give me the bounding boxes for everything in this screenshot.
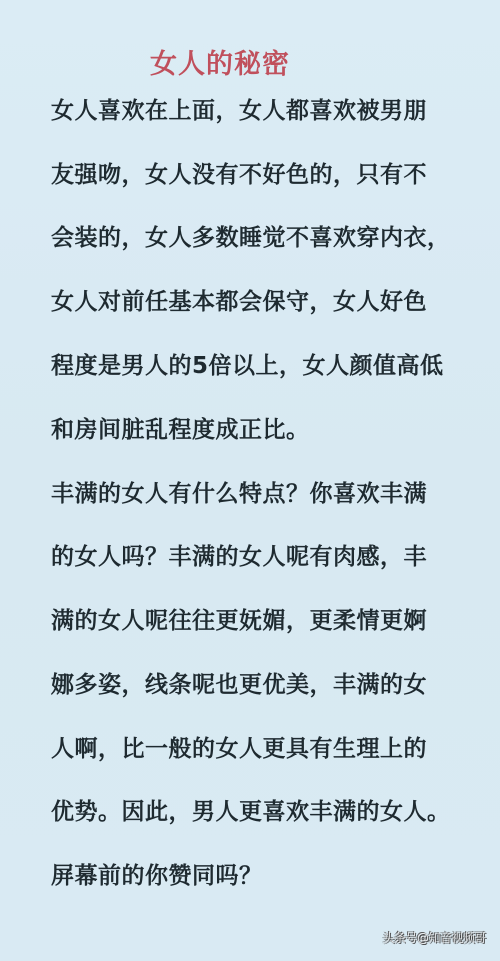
article-line: 满的女人呢往往更妩媚，更柔情更婀 — [51, 606, 427, 636]
article-line: 屏幕前的你赞同吗？ — [51, 861, 263, 891]
article-line: 友强吻，女人没有不好色的，只有不 — [51, 160, 427, 190]
article-line: 娜多姿，线条呢也更优美，丰满的女 — [51, 670, 427, 700]
article-line: 人啊，比一般的女人更具有生理上的 — [51, 734, 427, 764]
article-line: 女人对前任基本都会保守，女人好色 — [51, 287, 427, 317]
article-title: 女人的秘密 — [150, 42, 290, 81]
article-line: 的女人吗？丰满的女人呢有肉感，丰 — [51, 542, 427, 572]
article-line: 程度是男人的5倍以上，女人颜值高低 — [51, 351, 444, 381]
article-line: 会装的，女人多数睡觉不喜欢穿内衣， — [51, 223, 451, 253]
article-line: 和房间脏乱程度成正比。 — [51, 415, 310, 445]
article-line: 丰满的女人有什么特点？你喜欢丰满 — [51, 479, 427, 509]
article-line: 优势。因此，男人更喜欢丰满的女人。 — [51, 797, 451, 827]
article-line: 女人喜欢在上面，女人都喜欢被男朋 — [51, 96, 427, 126]
article-page: 女人的秘密 女人喜欢在上面，女人都喜欢被男朋 友强吻，女人没有不好色的，只有不 … — [0, 0, 500, 961]
source-watermark: 头条号@知音视频哥 — [382, 929, 486, 946]
